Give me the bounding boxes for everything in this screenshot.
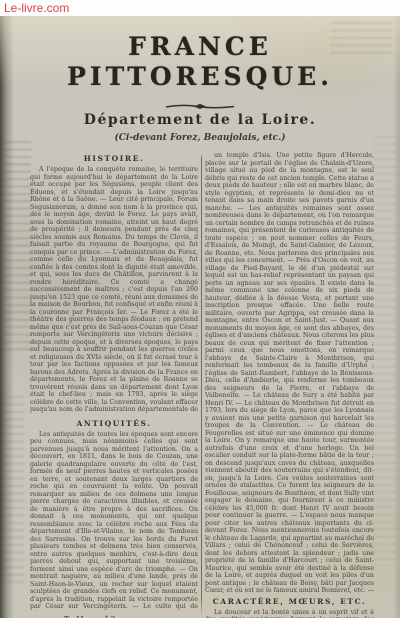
right-column: un temple d'Isis. Une petite figure d'He… [205,152,374,618]
scanned-book-photo: Le-livre.com FRANCE PITTORESQUE. Départe… [0,0,400,618]
bleedthrough-texture [374,136,396,566]
caractere-heading: CARACTÈRE, MŒURS, ETC. [205,597,374,606]
caractere-text: La douceur et la bonté unies à un esprit… [205,609,374,618]
watermark-label: Le-livre.com [4,1,69,15]
watermark-bar: Le-livre.com [0,0,400,16]
column-divider-rule [201,154,202,616]
antiquites-continued-text: un temple d'Isis. Une petite figure d'He… [205,152,374,595]
antiquites-heading: ANTIQUITÉS. [30,419,198,428]
left-column: HISTOIRE. À l'époque de la conquête roma… [30,152,198,618]
bleedthrough-texture [2,396,24,586]
ornament-divider-icon [0,96,400,105]
former-provinces-subtitle: (Ci-devant Forez, Beaujolais, etc.) [0,133,400,144]
text-columns: HISTOIRE. À l'époque de la conquête roma… [30,152,374,618]
department-title: Département de la Loire. [0,112,400,128]
volume-signature: T. II. — 13. [30,615,198,618]
histoire-text: À l'époque de la conquête romaine, le te… [30,166,198,414]
bleedthrough-texture [3,141,31,351]
histoire-heading: HISTOIRE. [30,154,198,163]
book-page: FRANCE PITTORESQUE. Département de la Lo… [0,16,400,618]
bleedthrough-texture [330,22,392,56]
antiquites-text: Les antiquités de toutes les époques son… [30,431,198,611]
